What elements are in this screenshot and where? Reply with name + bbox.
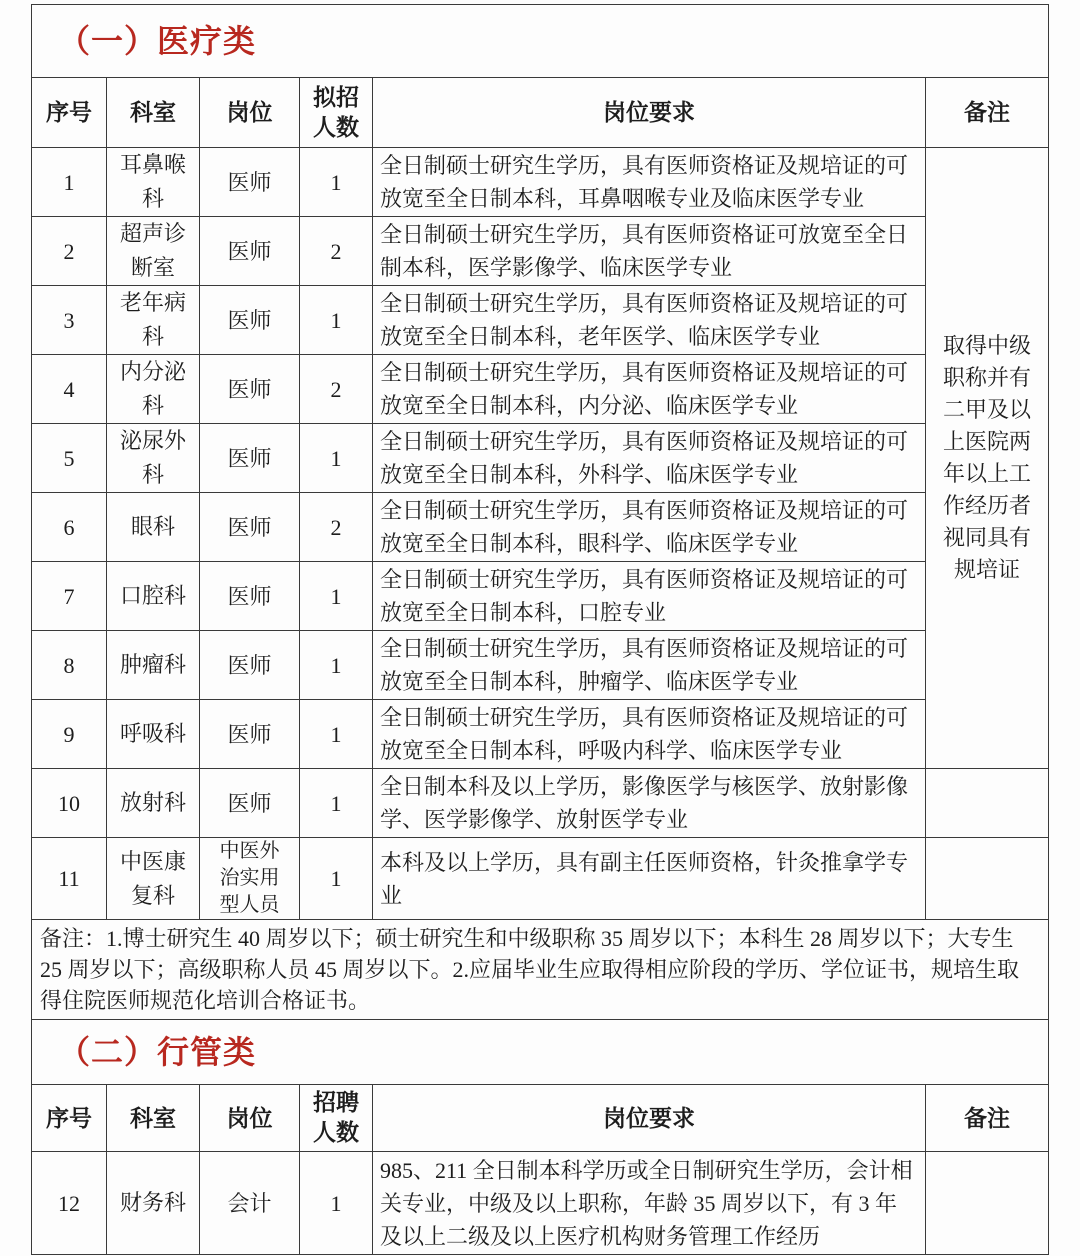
cell-count: 1	[300, 562, 373, 631]
cell-dept: 呼吸科	[107, 700, 200, 769]
table-row: 6 眼科 医师 2 全日制硕士研究生学历，具有医师资格证及规培证的可放宽至全日制…	[32, 493, 1049, 562]
cell-requirement: 全日制硕士研究生学历，具有医师资格证及规培证的可放宽至全日制本科，老年医学、临床…	[373, 286, 926, 355]
cell-count: 1	[300, 286, 373, 355]
cell-count: 1	[300, 700, 373, 769]
cell-requirement: 全日制硕士研究生学历，具有医师资格证及规培证的可放宽至全日制本科，耳鼻咽喉专业及…	[373, 148, 926, 217]
cell-requirement: 全日制硕士研究生学历，具有医师资格证及规培证的可放宽至全日制本科，呼吸内科学、临…	[373, 700, 926, 769]
cell-count: 1	[300, 631, 373, 700]
cell-no: 3	[32, 286, 107, 355]
cell-dept: 超声诊断室	[107, 217, 200, 286]
table-row: 11 中医康复科 中医外治实用型人员 1 本科及以上学历，具有副主任医师资格，针…	[32, 838, 1049, 920]
header-no: 序号	[32, 78, 107, 148]
header-remark: 备注	[926, 78, 1049, 148]
recruitment-table: （一）医疗类 序号 科室 岗位 拟招 人数 岗位要求 备注 1 耳鼻喉科 医师 …	[31, 4, 1049, 1255]
cell-count: 2	[300, 355, 373, 424]
cell-no: 12	[32, 1152, 107, 1255]
header-remark: 备注	[926, 1085, 1049, 1152]
cell-count: 1	[300, 424, 373, 493]
cell-count: 1	[300, 838, 373, 920]
cell-post: 医师	[200, 562, 300, 631]
cell-requirement: 全日制硕士研究生学历，具有医师资格证及规培证的可放宽至全日制本科，眼科学、临床医…	[373, 493, 926, 562]
header-requirement: 岗位要求	[373, 78, 926, 148]
cell-dept: 眼科	[107, 493, 200, 562]
header-count: 招聘 人数	[300, 1085, 373, 1152]
header-dept: 科室	[107, 1085, 200, 1152]
table-row: 2 超声诊断室 医师 2 全日制硕士研究生学历，具有医师资格证可放宽至全日制本科…	[32, 217, 1049, 286]
cell-requirement: 985、211 全日制本科学历或全日制研究生学历，会计相关专业，中级及以上职称，…	[373, 1152, 926, 1255]
cell-post: 医师	[200, 493, 300, 562]
table-row: 8 肿瘤科 医师 1 全日制硕士研究生学历，具有医师资格证及规培证的可放宽至全日…	[32, 631, 1049, 700]
cell-dept: 口腔科	[107, 562, 200, 631]
cell-post: 医师	[200, 769, 300, 838]
cell-remark-merged: 取得中级职称并有二甲及以上医院两年以上工作经历者视同具有规培证	[926, 148, 1049, 769]
notes-cell: 备注：1.博士研究生 40 周岁以下；硕士研究生和中级职称 35 周岁以下；本科…	[32, 920, 1049, 1020]
cell-requirement: 全日制硕士研究生学历，具有医师资格证及规培证的可放宽至全日制本科，内分泌、临床医…	[373, 355, 926, 424]
table-row: 5 泌尿外科 医师 1 全日制硕士研究生学历，具有医师资格证及规培证的可放宽至全…	[32, 424, 1049, 493]
cell-count: 1	[300, 1152, 373, 1255]
section-admin-title-row: （二）行管类	[32, 1020, 1049, 1085]
cell-requirement: 本科及以上学历，具有副主任医师资格，针灸推拿学专业	[373, 838, 926, 920]
cell-post: 医师	[200, 631, 300, 700]
cell-no: 10	[32, 769, 107, 838]
cell-no: 4	[32, 355, 107, 424]
cell-post: 医师	[200, 286, 300, 355]
cell-dept: 耳鼻喉科	[107, 148, 200, 217]
cell-count: 2	[300, 493, 373, 562]
table-row: 9 呼吸科 医师 1 全日制硕士研究生学历，具有医师资格证及规培证的可放宽至全日…	[32, 700, 1049, 769]
cell-post: 医师	[200, 148, 300, 217]
cell-post: 会计	[200, 1152, 300, 1255]
cell-no: 9	[32, 700, 107, 769]
cell-requirement: 全日制硕士研究生学历，具有医师资格证及规培证的可放宽至全日制本科，肿瘤学、临床医…	[373, 631, 926, 700]
cell-post: 医师	[200, 700, 300, 769]
cell-remark-empty	[926, 838, 1049, 920]
cell-post: 医师	[200, 217, 300, 286]
medical-header-row: 序号 科室 岗位 拟招 人数 岗位要求 备注	[32, 78, 1049, 148]
cell-count: 2	[300, 217, 373, 286]
cell-dept: 财务科	[107, 1152, 200, 1255]
cell-post: 中医外治实用型人员	[200, 838, 300, 920]
cell-post: 医师	[200, 424, 300, 493]
cell-count: 1	[300, 769, 373, 838]
cell-no: 7	[32, 562, 107, 631]
cell-no: 5	[32, 424, 107, 493]
table-row: 4 内分泌科 医师 2 全日制硕士研究生学历，具有医师资格证及规培证的可放宽至全…	[32, 355, 1049, 424]
table-row: 1 耳鼻喉科 医师 1 全日制硕士研究生学历，具有医师资格证及规培证的可放宽至全…	[32, 148, 1049, 217]
cell-dept: 内分泌科	[107, 355, 200, 424]
section-medical-title-row: （一）医疗类	[32, 5, 1049, 78]
cell-count: 1	[300, 148, 373, 217]
section-title-admin: （二）行管类	[32, 1020, 1049, 1085]
table-row: 12 财务科 会计 1 985、211 全日制本科学历或全日制研究生学历，会计相…	[32, 1152, 1049, 1255]
header-no: 序号	[32, 1085, 107, 1152]
cell-remark-empty	[926, 1152, 1049, 1255]
header-requirement: 岗位要求	[373, 1085, 926, 1152]
cell-dept: 中医康复科	[107, 838, 200, 920]
table-row: 10 放射科 医师 1 全日制本科及以上学历，影像医学与核医学、放射影像学、医学…	[32, 769, 1049, 838]
header-count: 拟招 人数	[300, 78, 373, 148]
header-dept: 科室	[107, 78, 200, 148]
cell-no: 1	[32, 148, 107, 217]
table-row: 3 老年病科 医师 1 全日制硕士研究生学历，具有医师资格证及规培证的可放宽至全…	[32, 286, 1049, 355]
cell-requirement: 全日制硕士研究生学历，具有医师资格证可放宽至全日制本科，医学影像学、临床医学专业	[373, 217, 926, 286]
cell-remark-empty	[926, 769, 1049, 838]
section-title-medical: （一）医疗类	[32, 5, 1049, 78]
cell-requirement: 全日制硕士研究生学历，具有医师资格证及规培证的可放宽至全日制本科，外科学、临床医…	[373, 424, 926, 493]
cell-dept: 放射科	[107, 769, 200, 838]
cell-no: 8	[32, 631, 107, 700]
notes-row: 备注：1.博士研究生 40 周岁以下；硕士研究生和中级职称 35 周岁以下；本科…	[32, 920, 1049, 1020]
header-post: 岗位	[200, 78, 300, 148]
cell-no: 6	[32, 493, 107, 562]
cell-requirement: 全日制硕士研究生学历，具有医师资格证及规培证的可放宽至全日制本科，口腔专业	[373, 562, 926, 631]
header-post: 岗位	[200, 1085, 300, 1152]
table-row: 7 口腔科 医师 1 全日制硕士研究生学历，具有医师资格证及规培证的可放宽至全日…	[32, 562, 1049, 631]
cell-requirement: 全日制本科及以上学历，影像医学与核医学、放射影像学、医学影像学、放射医学专业	[373, 769, 926, 838]
cell-post: 医师	[200, 355, 300, 424]
cell-dept: 泌尿外科	[107, 424, 200, 493]
admin-header-row: 序号 科室 岗位 招聘 人数 岗位要求 备注	[32, 1085, 1049, 1152]
cell-no: 2	[32, 217, 107, 286]
cell-dept: 老年病科	[107, 286, 200, 355]
cell-dept: 肿瘤科	[107, 631, 200, 700]
cell-no: 11	[32, 838, 107, 920]
